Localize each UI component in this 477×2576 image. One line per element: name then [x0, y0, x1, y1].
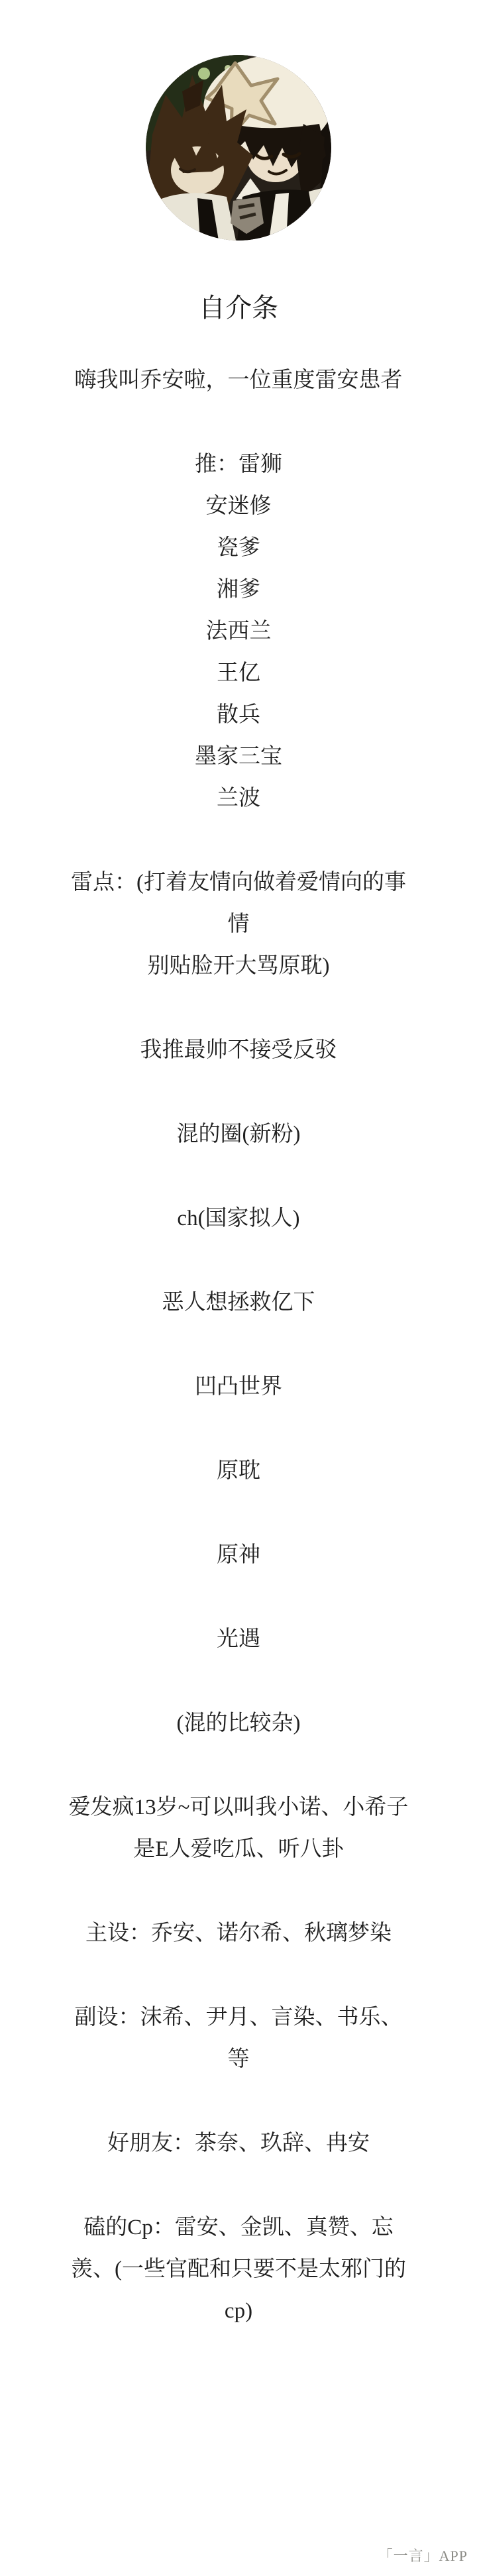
text-line: 我推最帅不接受反驳: [140, 1038, 337, 1062]
text-line: cp): [225, 2299, 252, 2323]
text-line: 雷点：(打着友情向做着爱情向的事: [71, 871, 406, 894]
text-block: 光遇: [58, 1619, 419, 1660]
text-line: 推：雷狮: [195, 453, 282, 476]
text-block: ch(国家拟人): [58, 1198, 419, 1240]
text-line: ch(国家拟人): [177, 1207, 299, 1230]
text-block: 爱发疯13岁~可以叫我小诺、小希子是E人爱吃瓜、听八卦: [58, 1787, 419, 1870]
text-block: 恶人想拯救亿下: [58, 1282, 419, 1324]
text-line: 嗨我叫乔安啦，一位重度雷安患者: [75, 368, 403, 392]
text-line: 原神: [217, 1543, 260, 1567]
text-line: 爱发疯13岁~可以叫我小诺、小希子: [69, 1796, 409, 1819]
text-block: (混的比较杂): [58, 1703, 419, 1744]
text-block: 磕的Cp：雷安、金凯、真赞、忘羡、(一些官配和只要不是太邪门的cp): [58, 2207, 419, 2332]
text-block: 原神: [58, 1534, 419, 1576]
text-line: 别贴脸开大骂原耽): [148, 954, 330, 978]
text-block: 主设：乔安、诺尔希、秋璃梦染: [58, 1913, 419, 1955]
text-line: 瓷爹: [217, 536, 260, 560]
text-line: 散兵: [217, 703, 260, 727]
text-line: 副设：沫希、尹月、言染、书乐、: [75, 2006, 403, 2029]
share-card: 自介条 嗨我叫乔安啦，一位重度雷安患者推：雷狮安迷修瓷爹湘爹法西兰王亿散兵墨家三…: [0, 0, 477, 2576]
right-lapel: [309, 188, 327, 214]
text-line: 磕的Cp：雷安、金凯、真赞、忘: [83, 2216, 394, 2239]
text-line: 王亿: [217, 661, 260, 685]
avatar-illustration: [146, 55, 331, 241]
content: 嗨我叫乔安啦，一位重度雷安患者推：雷狮安迷修瓷爹湘爹法西兰王亿散兵墨家三宝兰波雷…: [0, 360, 477, 2332]
text-line: 等: [228, 2047, 250, 2071]
text-line: 凹凸世界: [195, 1375, 282, 1399]
avatar-image: [146, 55, 331, 241]
text-line: 混的圈(新粉): [177, 1122, 301, 1146]
app-watermark: 「一言」APP: [378, 2545, 468, 2565]
text-block: 雷点：(打着友情向做着爱情向的事情别贴脸开大骂原耽): [58, 862, 419, 987]
text-block: 嗨我叫乔安啦，一位重度雷安患者: [58, 360, 419, 402]
text-line: 光遇: [217, 1627, 260, 1651]
text-line: 兰波: [217, 786, 260, 810]
text-block: 推：雷狮安迷修瓷爹湘爹法西兰王亿散兵墨家三宝兰波: [58, 444, 419, 820]
text-line: 安迷修: [206, 494, 272, 518]
text-line: 湘爹: [217, 578, 260, 602]
text-line: 墨家三宝: [195, 745, 282, 769]
text-line: 主设：乔安、诺尔希、秋璃梦染: [85, 1921, 392, 1945]
text-block: 凹凸世界: [58, 1366, 419, 1408]
text-block: 我推最帅不接受反驳: [58, 1030, 419, 1071]
text-line: 情: [228, 912, 250, 936]
text-block: 副设：沫希、尹月、言染、书乐、等: [58, 1997, 419, 2080]
avatar: [146, 0, 331, 241]
text-line: 恶人想拯救亿下: [162, 1291, 315, 1315]
text-line: 法西兰: [206, 619, 272, 643]
left-shirt: [151, 193, 236, 241]
text-line: 好朋友：茶奈、玖辞、冉安: [107, 2131, 370, 2155]
text-block: 原耽: [58, 1450, 419, 1492]
text-block: 混的圈(新粉): [58, 1114, 419, 1155]
text-line: 是E人爱吃瓜、听八卦: [133, 1837, 343, 1861]
text-line: 原耽: [217, 1459, 260, 1483]
page-title: 自介条: [0, 292, 477, 324]
text-block: 好朋友：茶奈、玖辞、冉安: [58, 2123, 419, 2165]
text-line: (混的比较杂): [177, 1711, 301, 1735]
bokeh-dot: [198, 68, 210, 80]
text-line: 羡、(一些官配和只要不是太邪门的: [71, 2257, 406, 2281]
